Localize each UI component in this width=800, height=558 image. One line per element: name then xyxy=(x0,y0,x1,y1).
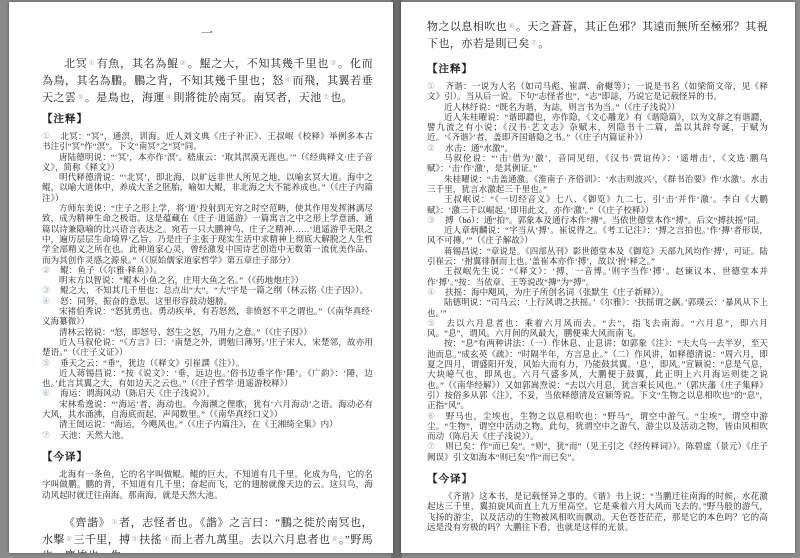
note-item: ⑥海运：谓海风动（陈启天《庄子浅说》）。 xyxy=(42,388,373,398)
note-ref-icon: ③ xyxy=(131,535,140,543)
note-ref-icon: ⑦ xyxy=(322,93,331,101)
note-quote: 近人朱桂曜说：“谐即讔也，亦作隐，《文心雕龙》有《谐隐篇》，以为文辞之有谐讔，譬… xyxy=(427,112,768,143)
text-run: 。鯤之大，不知其幾千里也 xyxy=(188,58,329,70)
text-run: 扶搖 xyxy=(139,534,162,546)
note-item: ⑦天池：天然大池。 xyxy=(42,430,373,440)
note-quote: 陆德明说：“司马云：‘上行风谓之扶摇。’《尔雅》：‘扶摇谓之飙。’郭璞云：‘暴风… xyxy=(427,297,768,318)
note-ref-icon: ② xyxy=(179,59,188,67)
note-ref-icon: ⑤ xyxy=(330,535,339,543)
note-quote: 清王闿运说：“海运，今飓风也。”（《庄子内篇注》，在《王湘绮全集》内） xyxy=(42,419,373,429)
passage-original-1: 北冥①有魚，其名為鯤②。鯤之大，不知其幾千里也③。化而為鳥，其名為鵬。鵬之背，不… xyxy=(42,55,373,106)
note-quote: 近人林纾说：“既名为谐，为誌，则言书为当。”（《庄子浅说》） xyxy=(427,102,768,112)
note-number: ② xyxy=(42,265,50,275)
note-number: ② xyxy=(427,143,435,153)
note-quote: 近人马叙伦说：“《方言》曰：‘南楚之外，谓勉曰薄努。’庄子宋人，宋楚邻，故亦用楚… xyxy=(42,337,373,358)
note-number: ④ xyxy=(427,287,435,297)
note-item: ②水击：通“水激”。 xyxy=(427,143,768,153)
note-number: ⑦ xyxy=(427,441,435,451)
note-item: ④扶摇：海中飓风，为庄子所创名词（张默生《庄子新释》）。 xyxy=(427,287,768,297)
note-ref-icon: ⑦ xyxy=(530,39,539,47)
note-quote: 近人蒋锡昌说：“按《说文》：‘垂，远边也。’俗书边垂字作‘陲’。《广韵》：‘陲，… xyxy=(42,368,373,389)
note-text: 搏（bó）：通“拍”。郭象本及通行本作“摶”。当依世德堂本作“搏”。后文“搏扶摇… xyxy=(445,215,764,225)
text-run: 。 xyxy=(538,38,549,50)
note-number: ⑤ xyxy=(42,358,50,368)
note-ref-icon: ⑥ xyxy=(507,22,516,30)
note-number: ⑥ xyxy=(427,411,436,421)
passage-original-continued: 物之以息相吹也⑥。天之蒼蒼，其正色邪？其遠而無所至極邪？其視下也，亦若是則已矣⑦… xyxy=(427,18,768,52)
annotations-list: ①北冥：“冥”，通溟，训海。近人刘文典《庄子补正》、王叔岷《校释》举例多本古书注… xyxy=(42,131,373,440)
note-number: ③ xyxy=(427,215,435,225)
note-quote: 朱桂曜说：“击盖通激。《淮南子·齐俗训》：‘水击则波兴’，《群书治要》作‘水激’… xyxy=(427,174,768,195)
note-item: ①齐谐：一说为人名（如司马彪、崔譔、俞樾等）；一说是书名（如梁简文帝，见《释文》… xyxy=(427,81,768,102)
annotations-list: ①齐谐：一说为人名（如司马彪、崔譔、俞樾等）；一说是书名（如梁简文帝，见《释文》… xyxy=(427,81,768,462)
note-quote: 按：“息”有两种讲法：（一）作休息、止息讲：如郭象《注》：“夫大鸟一去半岁，至天… xyxy=(427,338,768,410)
note-text: 垂天之云：“垂”，犹边（《释文》引崔譔《注》）。 xyxy=(60,358,244,368)
note-text: 野马也，尘埃也，生物之以息相吹也：“野马”，谓空中游气。“尘埃”，谓空中游尘。“… xyxy=(427,411,768,442)
annotations-header: 【注释】 xyxy=(427,61,768,76)
note-ref-icon: ④ xyxy=(162,535,171,543)
book-viewer: 一 北冥①有魚，其名為鯤②。鯤之大，不知其幾千里也③。化而為鳥，其名為鵬。鵬之背… xyxy=(0,0,800,558)
note-text: 鲲之大，不知其几千里也：总点出“大”。“大”字是一篇之纲（林云铭《庄子因》）。 xyxy=(60,285,368,295)
note-quote: 王叔岷先生说：“《释文》：‘搏，一音博。’则字当作‘搏’。赵谏议本、世德堂本并作… xyxy=(427,266,768,287)
note-ref-icon: ⑤ xyxy=(76,93,85,101)
note-text: 怒：同努，振奋的意思。这里形容鼓动翅膀。 xyxy=(60,296,232,306)
note-quote: 宋褚伯秀说：“怒犹勇也。勇动疾举，有若怒然，非愤怒不平之谓也。”（《南华真经·义… xyxy=(42,306,373,327)
note-ref-icon: ④ xyxy=(284,76,293,84)
note-ref-icon: ③ xyxy=(329,59,338,67)
note-item: ⑤垂天之云：“垂”，犹边（《释文》引崔譔《注》）。 xyxy=(42,358,373,368)
note-text: 北冥：“冥”，通溟，训海。近人刘文典《庄子补正》、王叔岷《校释》举例多本古书注引… xyxy=(42,131,373,151)
note-quote: 王叔岷说：“《一切经音义》七八、《御览》九二七，引‘击’并作‘激’。李白《大鹏赋… xyxy=(427,194,768,215)
note-number: ① xyxy=(427,81,435,91)
note-text: 天池：天然大池。 xyxy=(60,430,129,440)
section-number: 一 xyxy=(42,24,373,41)
note-item: ②鲲：鱼子（《尔雅·释鱼》）。 xyxy=(42,265,373,275)
page-right: 物之以息相吹也⑥。天之蒼蒼，其正色邪？其遠而無所至極邪？其視下也，亦若是則已矣⑦… xyxy=(401,2,795,553)
text-run: 有魚，其名為鯤 xyxy=(97,58,179,70)
note-ref-icon: ① xyxy=(88,59,97,67)
note-quote: 近人章炳麟说：“字当从‘搏’。崔说得之。《考工记注》：‘搏之言拍也。’作‘摶’者… xyxy=(427,225,768,246)
note-quote: 马叙伦说：“‘击’借为‘激’，音同见纽，《汉书·贾谊传》：‘遥增击’，《文选·鹏… xyxy=(427,153,768,174)
note-text: 水击：通“水激”。 xyxy=(445,143,513,153)
note-number: ⑤ xyxy=(427,318,436,328)
note-quote: 方师东美说：“庄子之形上学，将‘道’投射到无穷之时空范畴，使其作用发挥淋漓尽致，… xyxy=(42,203,373,265)
translation-text: 《齐谐》这本书，是记载怪异之事的。《谐》书上说：“当鹏迁往南海的时候，水花激起达… xyxy=(427,491,768,532)
note-quote: 唐陆德明说：“‘冥’，本亦作‘溟’。嵇康云：‘取其溟漠无涯也。’”（《经典释文·… xyxy=(42,152,373,173)
note-number: ⑥ xyxy=(42,388,50,398)
annotations-header: 【注释】 xyxy=(42,111,373,126)
text-run: 。是鳥也，海運 xyxy=(85,92,165,104)
text-run: 則將徙於南冥。南冥者，天池 xyxy=(173,92,321,104)
note-number: ① xyxy=(42,131,50,141)
note-ref-icon: ① xyxy=(110,518,119,526)
note-quote: 明末方以智说：“鲲本小鱼之名，庄用大鱼之名。”（《药地炮庄》） xyxy=(42,275,373,285)
text-run: 也。 xyxy=(330,92,353,104)
note-item: ①北冥：“冥”，通溟，训海。近人刘文典《庄子补正》、王叔岷《校释》举例多本古书注… xyxy=(42,131,373,152)
text-run: 北冥 xyxy=(64,58,88,70)
translation-header: 【今译】 xyxy=(427,471,768,486)
note-ref-icon: ② xyxy=(65,535,74,543)
note-number: ⑦ xyxy=(42,430,50,440)
note-item: ③搏（bó）：通“拍”。郭象本及通行本作“摶”。当依世德堂本作“搏”。后文“搏扶… xyxy=(427,215,768,225)
note-text: 则已矣：作“而已矣”。“则”，犹“而”（见王引之《经传释词》）。陈碧虚（景元）《… xyxy=(427,441,768,461)
text-run: 物之以息相吹也 xyxy=(427,21,507,33)
translation-text: 北海有一条鱼，它的名字叫做鲲。鲲的巨大，不知道有几千里。化成为鸟，它的名字叫做鹏… xyxy=(42,469,373,500)
note-text: 去以六月息者也：乘着六月风而去。“去”，指飞去南海。“六月息”，即六月风。“息”… xyxy=(427,318,768,338)
note-quote: 宋林希逸说：“‘海运’者，海动也。今海濒之俚歌，犹有‘六月海动’之语。海动必有大… xyxy=(42,399,373,420)
note-number: ④ xyxy=(42,296,50,306)
note-number: ③ xyxy=(42,285,50,295)
text-run: 三千里，搏 xyxy=(74,534,131,546)
note-item: ⑤去以六月息者也：乘着六月风而去。“去”，指飞去南海。“六月息”，即六月风。“息… xyxy=(427,318,768,339)
note-item: ④怒：同努，振奋的意思。这里形容鼓动翅膀。 xyxy=(42,296,373,306)
note-quote: 明代释德清说：“‘北冥’，即北海，以旷远非世人所见之地，以喻玄冥大道。海中之鲲，… xyxy=(42,172,373,203)
page-left: 一 北冥①有魚，其名為鯤②。鯤之大，不知其幾千里也③。化而為鳥，其名為鵬。鵬之背… xyxy=(9,2,393,553)
note-text: 海运：谓海风动（陈启天《庄子浅说》）。 xyxy=(60,388,215,398)
note-quote: 蒋锡昌说：“章说是。《四部丛刊》影世德堂本及《御览》天部九风均作‘搏’，可证。陆… xyxy=(427,246,768,267)
text-run: 《齊諧》 xyxy=(64,517,110,529)
note-text: 鲲：鱼子（《尔雅·释鱼》）。 xyxy=(60,265,162,275)
note-quote: 清林云铭说：“怒，即怒号、怒生之怒，乃用力之意。”（《庄子因》） xyxy=(42,327,373,337)
text-run: 而上者九萬里。去以六月息者也 xyxy=(171,534,331,546)
note-item: ③鲲之大，不知其几千里也：总点出“大”。“大”字是一篇之纲（林云铭《庄子因》）。 xyxy=(42,285,373,295)
passage-original-2: 《齊諧》①者，志怪者也。《諧》之言曰：“鵬之徙於南冥也，水擊②三千里，搏③扶搖④… xyxy=(42,514,373,553)
note-text: 扶摇：海中飓风，为庄子所创名词（张默生《庄子新释》）。 xyxy=(445,287,669,297)
note-text: 齐谐：一说为人名（如司马彪、崔譔、俞樾等）；一说是书名（如梁简文帝，见《释文》引… xyxy=(427,81,768,101)
note-item: ⑦则已矣：作“而已矣”。“则”，犹“而”（见王引之《经传释词》）。陈碧虚（景元）… xyxy=(427,441,768,462)
note-item: ⑥野马也，尘埃也，生物之以息相吹也：“野马”，谓空中游气。“尘埃”，谓空中游尘。… xyxy=(427,411,768,442)
translation-header: 【今译】 xyxy=(42,449,373,464)
